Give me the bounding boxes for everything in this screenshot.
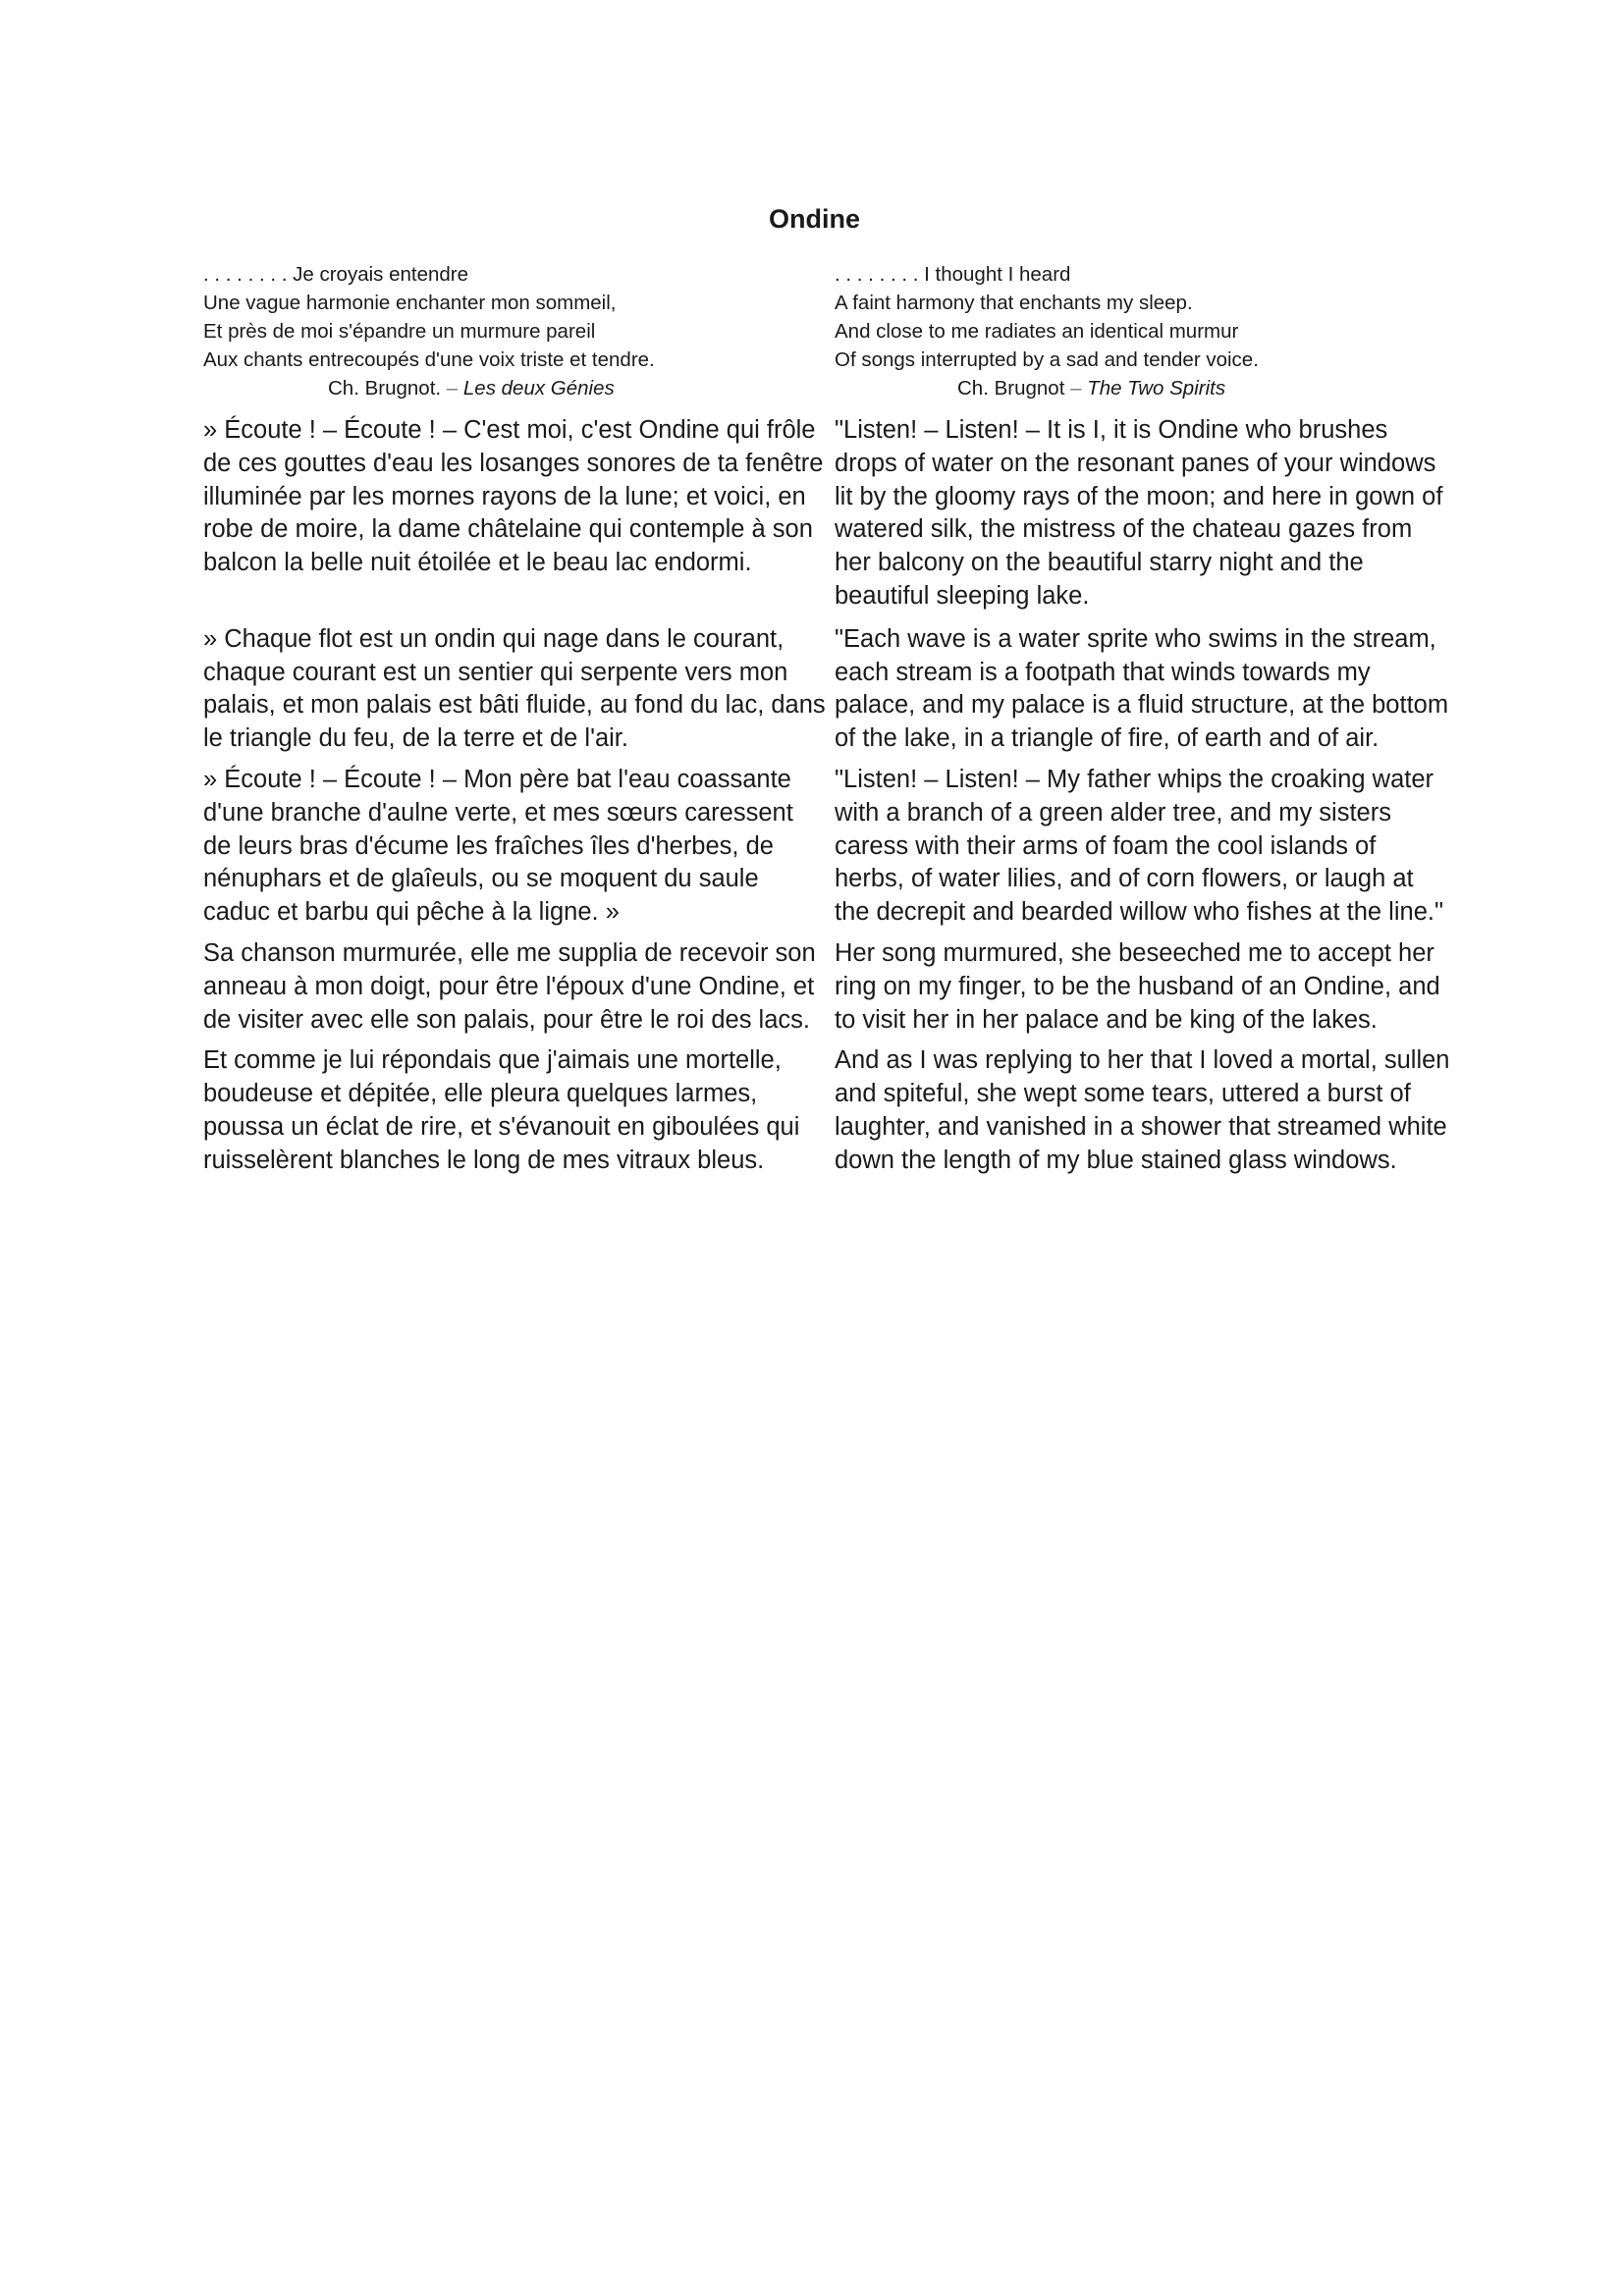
epigraph-line: . . . . . . . . Je croyais entendre [203, 260, 827, 289]
epigraph-author: Ch. Brugnot [957, 377, 1064, 400]
epigraph-line: Et près de moi s'épandre un murmure pare… [203, 317, 827, 346]
paragraph-french-4: Sa chanson murmurée, elle me supplia de … [203, 937, 835, 1044]
paragraph-english-2: "Each wave is a water sprite who swims i… [835, 623, 1450, 764]
epigraph-line: Of songs interrupted by a sad and tender… [835, 346, 1450, 374]
epigraph-attribution: Ch. Brugnot. – Les deux Génies [203, 374, 827, 402]
epigraph-line: And close to me radiates an identical mu… [835, 317, 1450, 346]
document-page: Ondine . . . . . . . . Je croyais entend… [0, 0, 1623, 2296]
paragraph-english-4: Her song murmured, she beseeched me to a… [835, 937, 1450, 1044]
epigraph-dash: – [441, 377, 463, 400]
epigraph-french: . . . . . . . . Je croyais entendre Une … [203, 260, 835, 414]
paragraph-french-5: Et comme je lui répondais que j'aimais u… [203, 1044, 835, 1177]
epigraph-line: Aux chants entrecoupés d'une voix triste… [203, 346, 827, 374]
epigraph-attribution: Ch. Brugnot – The Two Spirits [835, 374, 1450, 402]
bilingual-text-grid: . . . . . . . . Je croyais entendre Une … [203, 260, 1450, 1178]
epigraph-dash: – [1064, 377, 1087, 400]
page-title: Ondine [0, 202, 1623, 236]
epigraph-line: . . . . . . . . I thought I heard [835, 260, 1450, 289]
epigraph-work-title: The Two Spirits [1087, 377, 1225, 400]
paragraph-english-5: And as I was replying to her that I love… [835, 1044, 1450, 1177]
paragraph-english-3: "Listen! – Listen! – My father whips the… [835, 764, 1450, 937]
epigraph-line: A faint harmony that enchants my sleep. [835, 289, 1450, 317]
epigraph-english: . . . . . . . . I thought I heard A fain… [835, 260, 1450, 414]
paragraph-french-2: » Chaque flot est un ondin qui nage dans… [203, 623, 835, 764]
paragraph-english-1: "Listen! – Listen! – It is I, it is Ondi… [835, 414, 1450, 623]
paragraph-french-1: » Écoute ! – Écoute ! – C'est moi, c'est… [203, 414, 835, 623]
epigraph-author: Ch. Brugnot. [328, 377, 441, 400]
epigraph-line: Une vague harmonie enchanter mon sommeil… [203, 289, 827, 317]
epigraph-work-title: Les deux Génies [463, 377, 615, 400]
paragraph-french-3: » Écoute ! – Écoute ! – Mon père bat l'e… [203, 764, 835, 937]
